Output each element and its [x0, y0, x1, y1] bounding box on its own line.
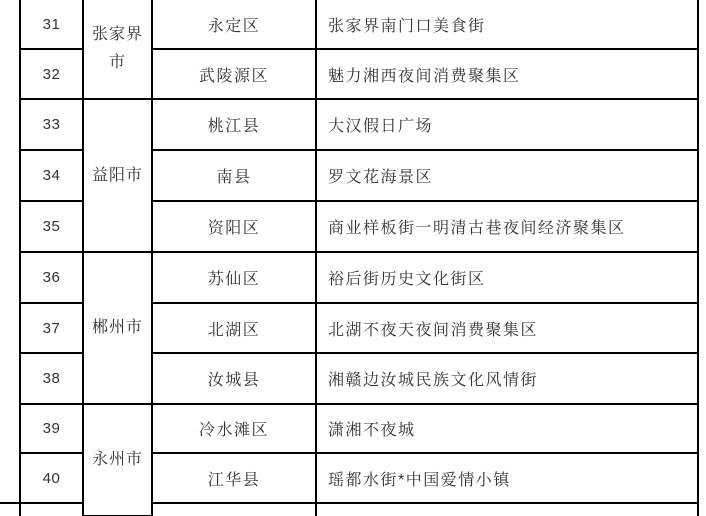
- row-number-cell: 33: [20, 99, 83, 150]
- city-cell: 张家界市: [83, 0, 152, 99]
- venue-cell: [316, 503, 698, 516]
- row-number-cell: 38: [20, 353, 83, 404]
- venue-cell: 瑶都水街*中国爱情小镇: [316, 453, 698, 503]
- venue-cell: 罗文花海景区: [316, 150, 698, 201]
- row-number-cell: 39: [20, 404, 83, 453]
- row-number-cell: 37: [20, 303, 83, 353]
- row-number-cell: 32: [20, 49, 83, 99]
- table-row: 31 张家界市 永定区 张家界南门口美食街: [0, 0, 698, 49]
- document-page: 31 张家界市 永定区 张家界南门口美食街 32 武陵源区 魅力湘西夜间消费聚集…: [0, 0, 706, 516]
- district-cell: 汝城县: [152, 353, 316, 404]
- district-cell: 北湖区: [152, 303, 316, 353]
- district-cell: 江华县: [152, 453, 316, 503]
- document-table: 31 张家界市 永定区 张家界南门口美食街 32 武陵源区 魅力湘西夜间消费聚集…: [0, 0, 699, 516]
- city-cell: 永州市: [83, 404, 152, 516]
- district-cell: 永定区: [152, 0, 316, 49]
- venue-cell: 张家界南门口美食街: [316, 0, 698, 49]
- district-cell: 资阳区: [152, 201, 316, 252]
- table-row: 36 郴州市 苏仙区 裕后街历史文化街区: [0, 252, 698, 303]
- table-row: 39 永州市 冷水滩区 潇湘不夜城: [0, 404, 698, 453]
- city-cell: 郴州市: [83, 252, 152, 404]
- row-number-cell: 31: [20, 0, 83, 49]
- city-cell: 益阳市: [83, 99, 152, 252]
- venue-cell: 潇湘不夜城: [316, 404, 698, 453]
- district-cell: 冷水滩区: [152, 404, 316, 453]
- district-cell: 武陵源区: [152, 49, 316, 99]
- venue-cell: 大汉假日广场: [316, 99, 698, 150]
- row-number-cell: [20, 503, 83, 516]
- district-cell: 桃江县: [152, 99, 316, 150]
- row-number-cell: 36: [20, 252, 83, 303]
- row-number-cell: 40: [20, 453, 83, 503]
- left-cropped-cell: [0, 503, 20, 516]
- table-body: 31 张家界市 永定区 张家界南门口美食街 32 武陵源区 魅力湘西夜间消费聚集…: [0, 0, 698, 516]
- venue-cell: 湘赣边汝城民族文化风情街: [316, 353, 698, 404]
- venue-cell: 商业样板街一明清古巷夜间经济聚集区: [316, 201, 698, 252]
- venue-cell: 北湖不夜天夜间消费聚集区: [316, 303, 698, 353]
- left-cropped-cell: [0, 0, 20, 503]
- district-cell: [152, 503, 316, 516]
- venue-cell: 裕后街历史文化街区: [316, 252, 698, 303]
- venue-cell: 魅力湘西夜间消费聚集区: [316, 49, 698, 99]
- row-number-cell: 34: [20, 150, 83, 201]
- row-number-cell: 35: [20, 201, 83, 252]
- table-row: 33 益阳市 桃江县 大汉假日广场: [0, 99, 698, 150]
- district-cell: 苏仙区: [152, 252, 316, 303]
- district-cell: 南县: [152, 150, 316, 201]
